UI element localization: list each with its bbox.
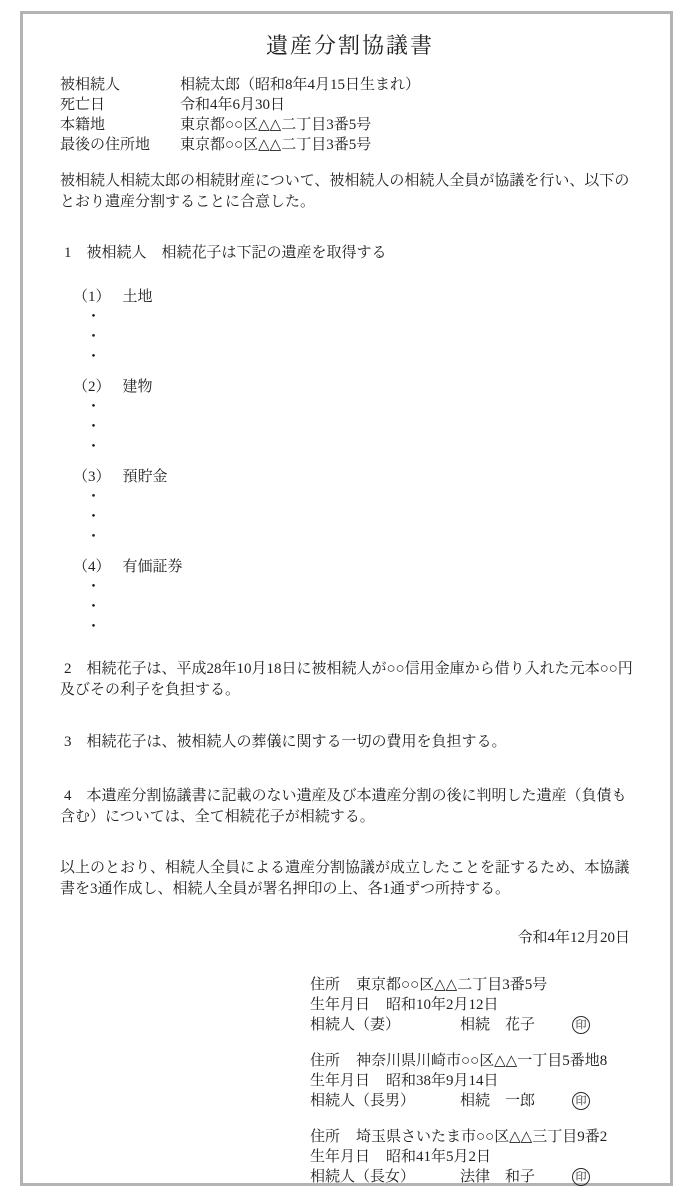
asset-group-deposits-number: （3） xyxy=(73,469,111,485)
clause2-paragraph: 2 相続花子は、平成28年10月18日に被相続人が○○信用金庫から借り入れた元本… xyxy=(60,659,640,701)
asset-group-securities-number: （4） xyxy=(73,559,111,575)
signature-address-line: 住所東京都○○区△△二丁目3番5号 xyxy=(310,975,640,995)
last-address-row: 最後の住所地東京都○○区△△二丁目3番5号 xyxy=(60,135,640,155)
document-frame: 遺産分割協議書 被相続人相続太郎（昭和8年4月15日生まれ） 死亡日令和4年6月… xyxy=(20,11,673,1186)
asset-group-land-name: 土地 xyxy=(123,289,153,305)
bullet-dot: ・ xyxy=(60,487,640,507)
document-title: 遺産分割協議書 xyxy=(60,32,640,60)
last-address-label: 最後の住所地 xyxy=(60,135,180,155)
date-line: 令和4年12月20日 xyxy=(60,928,640,949)
asset-group-land: （1）土地 ・ ・ ・ xyxy=(60,287,640,367)
signature-name-line: 相続人（長男）相続 一郎印 xyxy=(310,1091,640,1111)
signature-address-line: 住所埼玉県さいたま市○○区△△三丁目9番2 xyxy=(310,1127,640,1147)
address-label: 住所 xyxy=(310,977,340,993)
bullet-dot: ・ xyxy=(60,507,640,527)
registered-domicile-label: 本籍地 xyxy=(60,115,180,135)
signature-name-line: 相続人（長女）法律 和子印 xyxy=(310,1167,640,1187)
seal-icon: 印 xyxy=(572,1092,590,1110)
birth-value: 昭和10年2月12日 xyxy=(386,997,499,1013)
asset-group-deposits-name: 預貯金 xyxy=(123,469,168,485)
registered-domicile-row: 本籍地東京都○○区△△二丁目3番5号 xyxy=(60,115,640,135)
preamble-paragraph: 被相続人相続太郎の相続財産について、被相続人の相続人全員が協議を行い、以下のとお… xyxy=(60,171,640,213)
asset-group-securities: （4）有価証券 ・ ・ ・ xyxy=(60,557,640,637)
address-label: 住所 xyxy=(310,1129,340,1145)
birth-label: 生年月日 xyxy=(310,1149,370,1165)
heir-name: 相続 一郎 xyxy=(460,1091,572,1111)
asset-group-deposits: （3）預貯金 ・ ・ ・ xyxy=(60,467,640,547)
signature-birth-line: 生年月日昭和38年9月14日 xyxy=(310,1071,640,1091)
asset-groups-section: （1）土地 ・ ・ ・ （2）建物 ・ ・ ・ （3）預貯金 ・ ・ ・ （4）… xyxy=(60,287,640,637)
bullet-dot: ・ xyxy=(60,527,640,547)
bullet-dot: ・ xyxy=(60,577,640,597)
deceased-info-block: 被相続人相続太郎（昭和8年4月15日生まれ） 死亡日令和4年6月30日 本籍地東… xyxy=(60,75,640,155)
seal-icon: 印 xyxy=(572,1168,590,1186)
heir-relation: 相続人（妻） xyxy=(310,1015,460,1035)
registered-domicile-value: 東京都○○区△△二丁目3番5号 xyxy=(180,117,371,133)
birth-label: 生年月日 xyxy=(310,1073,370,1089)
address-label: 住所 xyxy=(310,1053,340,1069)
death-date-value: 令和4年6月30日 xyxy=(180,97,285,113)
signature-block-eldest-son: 住所神奈川県川崎市○○区△△一丁目5番地8 生年月日昭和38年9月14日 相続人… xyxy=(310,1051,640,1111)
closing-paragraph: 以上のとおり、相続人全員による遺産分割協議が成立したことを証するため、本協議書を… xyxy=(60,858,640,900)
bullet-dot: ・ xyxy=(60,397,640,417)
birth-value: 昭和38年9月14日 xyxy=(386,1073,499,1089)
asset-group-securities-label: （4）有価証券 xyxy=(60,557,640,577)
bullet-dot: ・ xyxy=(60,437,640,457)
asset-group-deposits-label: （3）預貯金 xyxy=(60,467,640,487)
asset-group-building-label: （2）建物 xyxy=(60,377,640,397)
signatures-section: 住所東京都○○区△△二丁目3番5号 生年月日昭和10年2月12日 相続人（妻）相… xyxy=(310,975,640,1187)
asset-group-building-name: 建物 xyxy=(123,379,153,395)
heir-name: 法律 和子 xyxy=(460,1167,572,1187)
signature-block-wife: 住所東京都○○区△△二丁目3番5号 生年月日昭和10年2月12日 相続人（妻）相… xyxy=(310,975,640,1035)
birth-value: 昭和41年5月2日 xyxy=(386,1149,491,1165)
deceased-name-value: 相続太郎（昭和8年4月15日生まれ） xyxy=(180,77,420,93)
seal-icon: 印 xyxy=(572,1016,590,1034)
heir-relation: 相続人（長男） xyxy=(310,1091,460,1111)
bullet-dot: ・ xyxy=(60,347,640,367)
clause3-paragraph: 3 相続花子は、被相続人の葬儀に関する一切の費用を負担する。 xyxy=(60,732,640,753)
asset-group-building-number: （2） xyxy=(73,379,111,395)
clause1-heading: 1 被相続人 相続花子は下記の遺産を取得する xyxy=(60,243,640,263)
death-date-label: 死亡日 xyxy=(60,95,180,115)
bullet-dot: ・ xyxy=(60,307,640,327)
address-value: 埼玉県さいたま市○○区△△三丁目9番2 xyxy=(356,1129,607,1145)
signature-birth-line: 生年月日昭和41年5月2日 xyxy=(310,1147,640,1167)
address-value: 東京都○○区△△二丁目3番5号 xyxy=(356,977,547,993)
asset-group-building: （2）建物 ・ ・ ・ xyxy=(60,377,640,457)
signature-block-eldest-daughter: 住所埼玉県さいたま市○○区△△三丁目9番2 生年月日昭和41年5月2日 相続人（… xyxy=(310,1127,640,1187)
deceased-name-row: 被相続人相続太郎（昭和8年4月15日生まれ） xyxy=(60,75,640,95)
heir-name: 相続 花子 xyxy=(460,1015,572,1035)
asset-group-land-number: （1） xyxy=(73,289,111,305)
asset-group-land-label: （1）土地 xyxy=(60,287,640,307)
clause4-paragraph: 4 本遺産分割協議書に記載のない遺産及び本遺産分割の後に判明した遺産（負債も含む… xyxy=(60,786,640,828)
death-date-row: 死亡日令和4年6月30日 xyxy=(60,95,640,115)
signature-name-line: 相続人（妻）相続 花子印 xyxy=(310,1015,640,1035)
deceased-name-label: 被相続人 xyxy=(60,75,180,95)
bullet-dot: ・ xyxy=(60,417,640,437)
bullet-dot: ・ xyxy=(60,597,640,617)
bullet-dot: ・ xyxy=(60,327,640,347)
birth-label: 生年月日 xyxy=(310,997,370,1013)
asset-group-securities-name: 有価証券 xyxy=(123,559,183,575)
bullet-dot: ・ xyxy=(60,617,640,637)
heir-relation: 相続人（長女） xyxy=(310,1167,460,1187)
signature-address-line: 住所神奈川県川崎市○○区△△一丁目5番地8 xyxy=(310,1051,640,1071)
signature-birth-line: 生年月日昭和10年2月12日 xyxy=(310,995,640,1015)
address-value: 神奈川県川崎市○○区△△一丁目5番地8 xyxy=(356,1053,607,1069)
last-address-value: 東京都○○区△△二丁目3番5号 xyxy=(180,137,371,153)
